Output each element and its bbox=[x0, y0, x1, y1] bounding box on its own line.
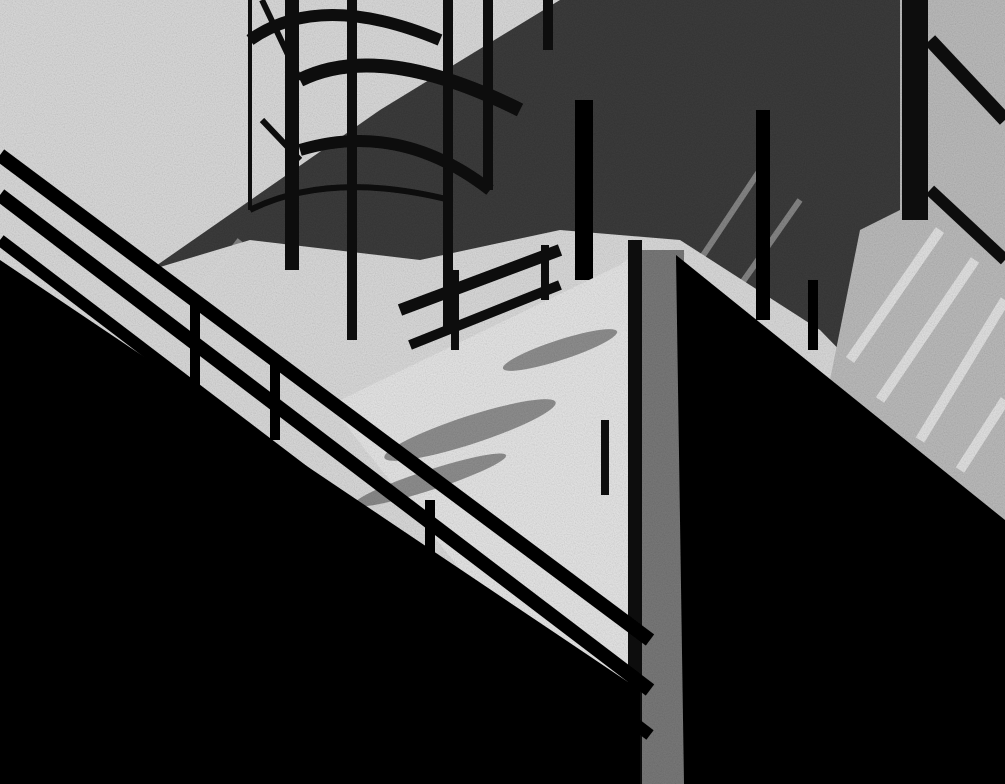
photo-frame bbox=[0, 0, 1005, 784]
vertical-post bbox=[808, 280, 818, 350]
vertical-post bbox=[575, 100, 593, 280]
vertical-post bbox=[756, 110, 770, 320]
right-structure-post bbox=[902, 0, 928, 220]
industrial-rooftop-photo bbox=[0, 0, 1005, 784]
